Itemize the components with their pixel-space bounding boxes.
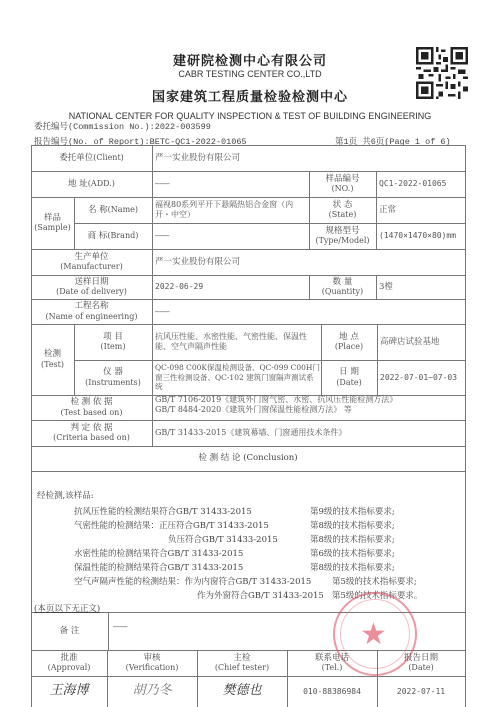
address-value: ——— [152, 171, 309, 197]
instruments-value: QC-098 C00K保温检测设备、QC-099 C00H门窗三性检测设备、QC… [152, 360, 321, 395]
conclusion-title: 检 测 结 论 (Conclusion) [31, 446, 465, 471]
test-based-value: GB/T 7106-2019《建筑外门窗气密、水密、抗风压性能检测方法》 GB/… [152, 395, 465, 420]
date-label: 日 期(Date) [321, 360, 377, 395]
criteria-value: GB/T 31433-2015《建筑幕墙、门窗通用技术条件》 [152, 420, 465, 446]
delivery-value: 2022-06-29 [152, 275, 309, 299]
item-label: 项 目(Item) [74, 324, 152, 360]
conclusion-line-3-left: 负压符合GB/T 31433-2015 [168, 533, 278, 545]
engineering-label: 工程名称(Name of engineering) [31, 299, 152, 324]
approval-label: 批准(Approval) [31, 650, 107, 676]
name-value: 福视80系列平开下悬隔热铝合金窗（内开・中空） [152, 197, 309, 223]
manufacturer-value: 严一实业股份有限公司 [152, 249, 465, 275]
engineering-value: ——— [152, 299, 465, 324]
place-value: 高碑店试验基地 [377, 324, 465, 360]
client-value: 严一实业股份有限公司 [152, 145, 465, 171]
remarks-value: ——— [110, 612, 310, 642]
test-based-line-2: GB/T 8484-2020《建筑外门窗保温性能检测方法》 等 [155, 405, 352, 415]
delivery-label: 送样日期(Date of delivery) [31, 275, 152, 299]
report-date-label: 报告日期(Date) [377, 650, 465, 676]
state-label: 状 态(State) [309, 197, 376, 223]
approval-signature: 王海博 [31, 676, 107, 707]
verification-label: 审核(Verification) [107, 650, 197, 676]
commission-number: 委托编号(Commission No.):2022-003599 [34, 120, 211, 132]
place-label: 地 点(Place) [321, 324, 377, 360]
star-icon: ★ [360, 617, 387, 652]
quantity-label: 数 量(Quantity) [309, 275, 376, 299]
quantity-value: 3樘 [376, 275, 465, 299]
date-value: 2022-07-01~07-03 [377, 360, 465, 395]
name-label: 名 称(Name) [74, 197, 152, 223]
conclusion-line-2-right: 第8级的技术指标要求; [310, 519, 395, 531]
type-model-label: 规格型号(Type/Model) [309, 223, 376, 249]
verification-signature: 胡乃冬 [107, 676, 197, 707]
sample-no-label: 样品编号(NO.) [309, 171, 376, 197]
conclusion-line-4-right: 第6级的技术指标要求; [310, 547, 395, 559]
conclusion-line-5-left: 保温性能的检测结果符合GB/T 31433-2015 [74, 561, 243, 573]
brand-label: 商 标(Brand) [74, 223, 152, 249]
conclusion-line-5-right: 第8级的技术指标要求; [310, 561, 395, 573]
qr-code-icon[interactable] [416, 47, 468, 99]
item-value: 抗风压性能、水密性能、气密性能、保温性能、空气声隔声性能 [152, 324, 321, 360]
type-model-value: (1470×1470×80)mm [376, 223, 465, 249]
conclusion-line-7-left: 作为外窗符合GB/T 31433-2015 [197, 589, 324, 601]
conclusion-line-1-right: 第9级的技术指标要求; [310, 505, 395, 517]
state-value: 正常 [376, 197, 465, 223]
manufacturer-label: 生产单位(Manufacturer) [31, 249, 152, 275]
instruments-label: 仪 器(Instruments) [74, 360, 152, 395]
chief-tester-label: 主检(Chief tester) [197, 650, 287, 676]
sample-label: 样品(Sample) [31, 197, 74, 249]
conclusion-line-4-left: 水密性能的检测结果符合GB/T 31433-2015 [74, 547, 243, 559]
report-date-value: 2022-07-11 [377, 676, 465, 707]
conclusion-intro: 经检测,该样品: [37, 489, 94, 501]
sample-no-value: QC1-2022-01065 [376, 171, 465, 197]
conclusion-line-6-right: 第5级的技术指标要求; [332, 575, 417, 587]
conclusion-line-1-left: 抗风压性能的检测结果符合GB/T 31433-2015 [74, 505, 252, 517]
conclusion-line-2-left: 气密性能的检测结果：正压符合GB/T 31433-2015 [74, 519, 269, 531]
tel-label: 联系电话(Tel.) [287, 650, 377, 676]
tel-value: 010-88386984 [287, 676, 377, 707]
conclusion-line-6-left: 空气声隔声性能的检测结果：作为内窗符合GB/T 31433-2015 [74, 575, 311, 587]
test-based-label: 检 测 依 据(Test based on) [31, 395, 152, 420]
test-label: 检测(Test) [31, 324, 74, 395]
remarks-label: 备 注 [31, 612, 108, 650]
client-label: 委托单位(Client) [31, 145, 152, 171]
chief-tester-signature: 樊德也 [197, 676, 287, 707]
brand-value: ——— [152, 223, 309, 249]
criteria-label: 判 定 依 据(Criteria based on) [31, 420, 152, 446]
conclusion-line-3-right: 第8级的技术指标要求; [310, 533, 395, 545]
test-based-line-1: GB/T 7106-2019《建筑外门窗气密、水密、抗风压性能检测方法》 [155, 395, 397, 405]
address-label: 地 址(ADD.) [31, 171, 152, 197]
